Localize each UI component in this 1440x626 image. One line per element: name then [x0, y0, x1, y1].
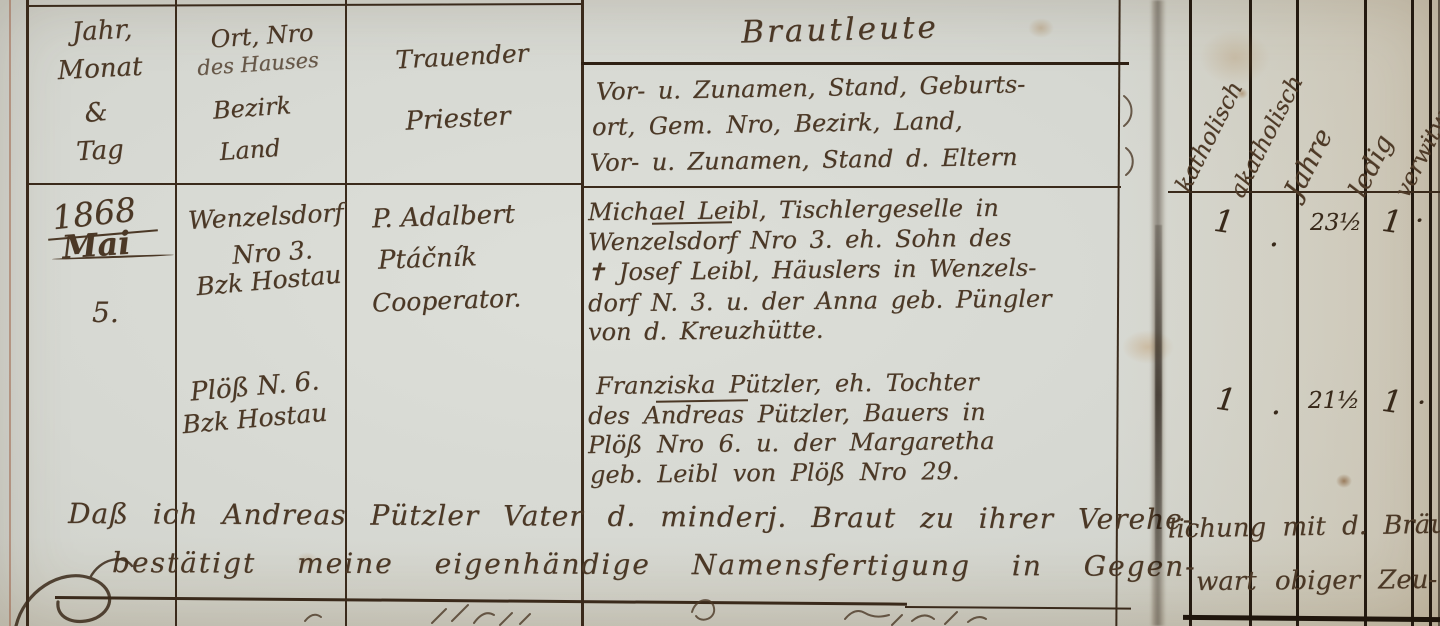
header-date-line2: Monat [57, 52, 143, 86]
consent-note-line2: bestätigt meine eigenhändige Namensferti… [112, 546, 1197, 583]
column-line-place-priest [345, 0, 347, 626]
bride-stat-katholisch: 1 [1214, 381, 1239, 419]
header-date-line3: & [83, 97, 109, 129]
header-place-line4: Land [219, 134, 282, 166]
table-border-left [26, 0, 29, 626]
groom-stat-katholisch: 1 [1212, 203, 1237, 241]
column-line-date-place [175, 0, 177, 626]
page-edge-line-left-red [9, 0, 11, 626]
consent-note-line2-continuation: wart obiger Zeu- [1196, 565, 1437, 597]
entry-month: Mai [61, 224, 132, 267]
row-divider-mid [905, 606, 1131, 610]
groom-desc-line2: Wenzelsdorf Nro 3. eh. Sohn des [588, 224, 1012, 256]
bride-desc-line3: Plöß Nro 6. u. der Margaretha [588, 427, 995, 459]
header-date-line1: Jahr, [71, 14, 133, 47]
header-brautleute-sub1: Vor- u. Zunamen, Stand, Geburts- [596, 70, 1026, 105]
consent-note-line1-continuation: lichung mit d. Bräu- [1168, 509, 1440, 544]
paper-stain [1122, 330, 1174, 364]
header-brautleute-sub3: Vor- u. Zunamen, Stand d. Eltern [590, 143, 1018, 177]
header-place-line3: Bezirk [212, 91, 292, 124]
groom-desc-line4: dorf N. 3. u. der Anna geb. Püngler [588, 285, 1052, 318]
groom-stat-ledig: 1 [1380, 203, 1405, 241]
paper-stain [1028, 18, 1054, 38]
groom-stat-verwitwet: · [1416, 208, 1423, 232]
entry-day: 5. [92, 296, 119, 329]
bride-desc-line1: Franziska Pützler, eh. Tochter [596, 368, 979, 400]
consent-note-line1: Daß ich Andreas Pützler Vater d. minderj… [68, 497, 1193, 536]
header-bottom-line-left [26, 183, 582, 185]
header-brautleute-title: Brautleute [741, 9, 939, 50]
bride-desc-line2: des Andreas Pützler, Bauers in [588, 398, 986, 430]
paper-stain [1200, 30, 1270, 85]
priest-line1: P. Adalbert [372, 200, 516, 235]
row-divider-stats-thick [1183, 615, 1440, 622]
groom-desc-line3: ✝ Josef Leibl, Häuslers in Wenzels- [586, 254, 1037, 287]
header-bottom-line-brautleute [581, 186, 1121, 188]
bride-stat-jahre: 21½ [1308, 388, 1360, 414]
groom-stat-jahre: 23½ [1310, 210, 1362, 236]
groom-place-line1: Wenzelsdorf [187, 198, 344, 235]
table-top-line [26, 3, 582, 7]
bride-desc-line4: geb. Leibl von Plöß Nro 29. [590, 457, 960, 489]
header-priest-line1: Trauender [395, 39, 530, 75]
bride-stat-verwitwet: · [1418, 390, 1425, 414]
bride-stat-akatholisch: · [1272, 400, 1280, 426]
priest-line3: Cooperator. [372, 283, 522, 317]
header-brautleute-sub2: ort, Gem. Nro, Bezirk, Land, [592, 107, 963, 141]
bride-stat-ledig: 1 [1380, 383, 1405, 421]
groom-stat-akatholisch: · [1270, 232, 1278, 258]
paper-stain [1336, 474, 1352, 488]
groom-desc-line5: von d. Kreuzhütte. [588, 316, 824, 346]
row-divider-left [55, 596, 907, 605]
header-priest-line2: Priester [405, 101, 512, 136]
priest-line2: Ptáčník [378, 242, 478, 275]
brautleute-title-underline [581, 62, 1129, 65]
groom-desc-line1: Michael Leibl, Tischlergeselle in [588, 194, 999, 226]
register-page: Jahr, Monat & Tag Ort, Nro des Hauses Be… [0, 0, 1440, 626]
groom-place-line3: Bzk Hostau [195, 260, 342, 302]
header-date-line4: Tag [76, 135, 125, 167]
